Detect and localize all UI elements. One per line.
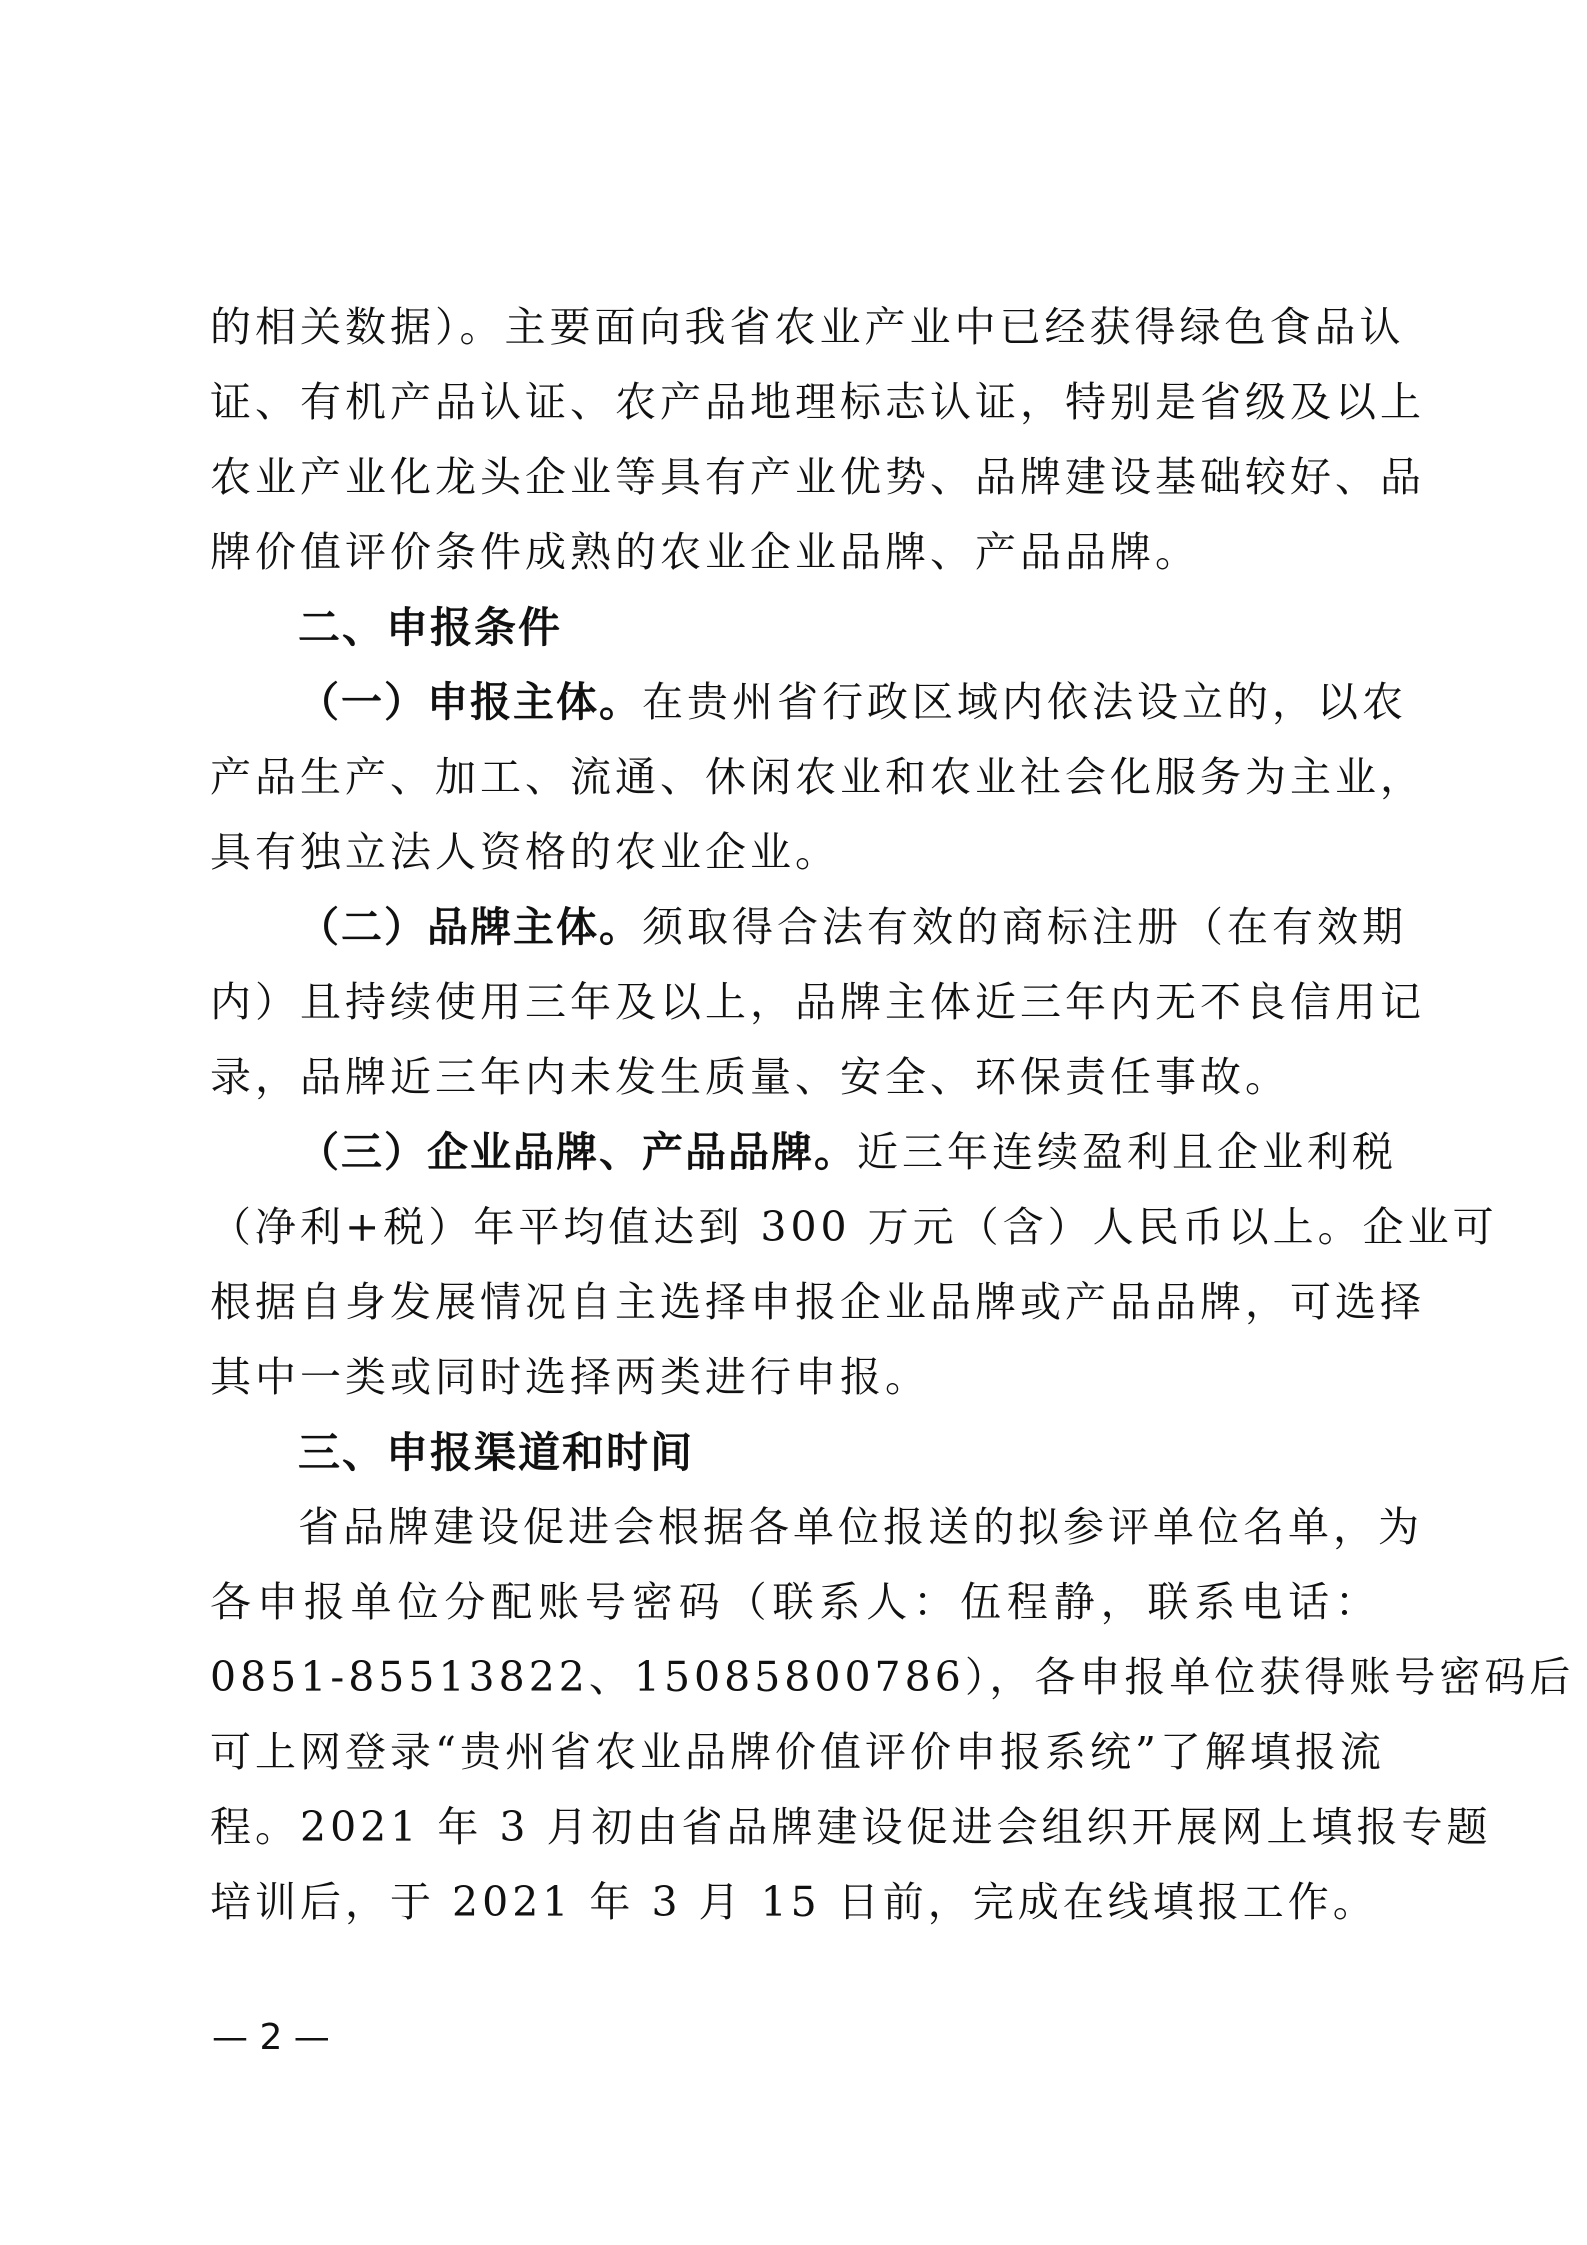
item-line: 根据自身发展情况自主选择申报企业品牌或产品品牌，可选择 — [210, 1265, 1380, 1340]
item-applicant-first-line: （一）申报主体。在贵州省行政区域内依法设立的，以农 — [210, 665, 1380, 740]
paragraph-line: 程。2021 年 3 月初由省品牌建设促进会组织开展网上填报专题 — [210, 1790, 1380, 1865]
intro-line: 牌价值评价条件成熟的农业企业品牌、产品品牌。 — [210, 515, 1380, 590]
item-line: 内）且持续使用三年及以上，品牌主体近三年内无不良信用记 — [210, 965, 1380, 1040]
item-line: 录，品牌近三年内未发生质量、安全、环保责任事故。 — [210, 1040, 1380, 1115]
paragraph-line: 0851-85513822、15085800786），各申报单位获得账号密码后 — [210, 1640, 1380, 1715]
section-heading-application-conditions: 二、申报条件 — [210, 590, 1380, 665]
paragraph-line: 培训后，于 2021 年 3 月 15 日前，完成在线填报工作。 — [210, 1865, 1380, 1940]
paragraph-line: 可上网登录“贵州省农业品牌价值评价申报系统”了解填报流 — [210, 1715, 1380, 1790]
item-lead-enterprise-product-brand: （三）企业品牌、产品品牌。 — [298, 1128, 857, 1176]
item-line: 其中一类或同时选择两类进行申报。 — [210, 1340, 1380, 1415]
document-body: 的相关数据）。主要面向我省农业产业中已经获得绿色食品认 证、有机产品认证、农产品… — [210, 290, 1380, 1940]
intro-line: 农业产业化龙头企业等具有产业优势、品牌建设基础较好、品 — [210, 440, 1380, 515]
page-number: — 2 — — [212, 2016, 330, 2060]
intro-line: 的相关数据）。主要面向我省农业产业中已经获得绿色食品认 — [210, 290, 1380, 365]
intro-line: 证、有机产品认证、农产品地理标志认证，特别是省级及以上 — [210, 365, 1380, 440]
item-line: （净利+税）年平均值达到 300 万元（含）人民币以上。企业可 — [210, 1190, 1380, 1265]
document-page: 的相关数据）。主要面向我省农业产业中已经获得绿色食品认 证、有机产品认证、农产品… — [0, 0, 1587, 2245]
paragraph-line: 各申报单位分配账号密码（联系人：伍程静，联系电话： — [210, 1565, 1380, 1640]
paragraph-line: 省品牌建设促进会根据各单位报送的拟参评单位名单，为 — [210, 1490, 1380, 1565]
item-text: 须取得合法有效的商标注册（在有效期 — [642, 903, 1407, 951]
item-line: 产品生产、加工、流通、休闲农业和农业社会化服务为主业， — [210, 740, 1380, 815]
item-enterprise-product-brand-first-line: （三）企业品牌、产品品牌。近三年连续盈利且企业利税 — [210, 1115, 1380, 1190]
section-heading-channels-and-time: 三、申报渠道和时间 — [210, 1415, 1380, 1490]
item-lead-brand-owner: （二）品牌主体。 — [298, 903, 642, 951]
item-line: 具有独立法人资格的农业企业。 — [210, 815, 1380, 890]
item-lead-applicant: （一）申报主体。 — [298, 678, 642, 726]
item-text: 近三年连续盈利且企业利税 — [857, 1128, 1397, 1176]
item-text: 在贵州省行政区域内依法设立的，以农 — [642, 678, 1407, 726]
item-brand-owner-first-line: （二）品牌主体。须取得合法有效的商标注册（在有效期 — [210, 890, 1380, 965]
